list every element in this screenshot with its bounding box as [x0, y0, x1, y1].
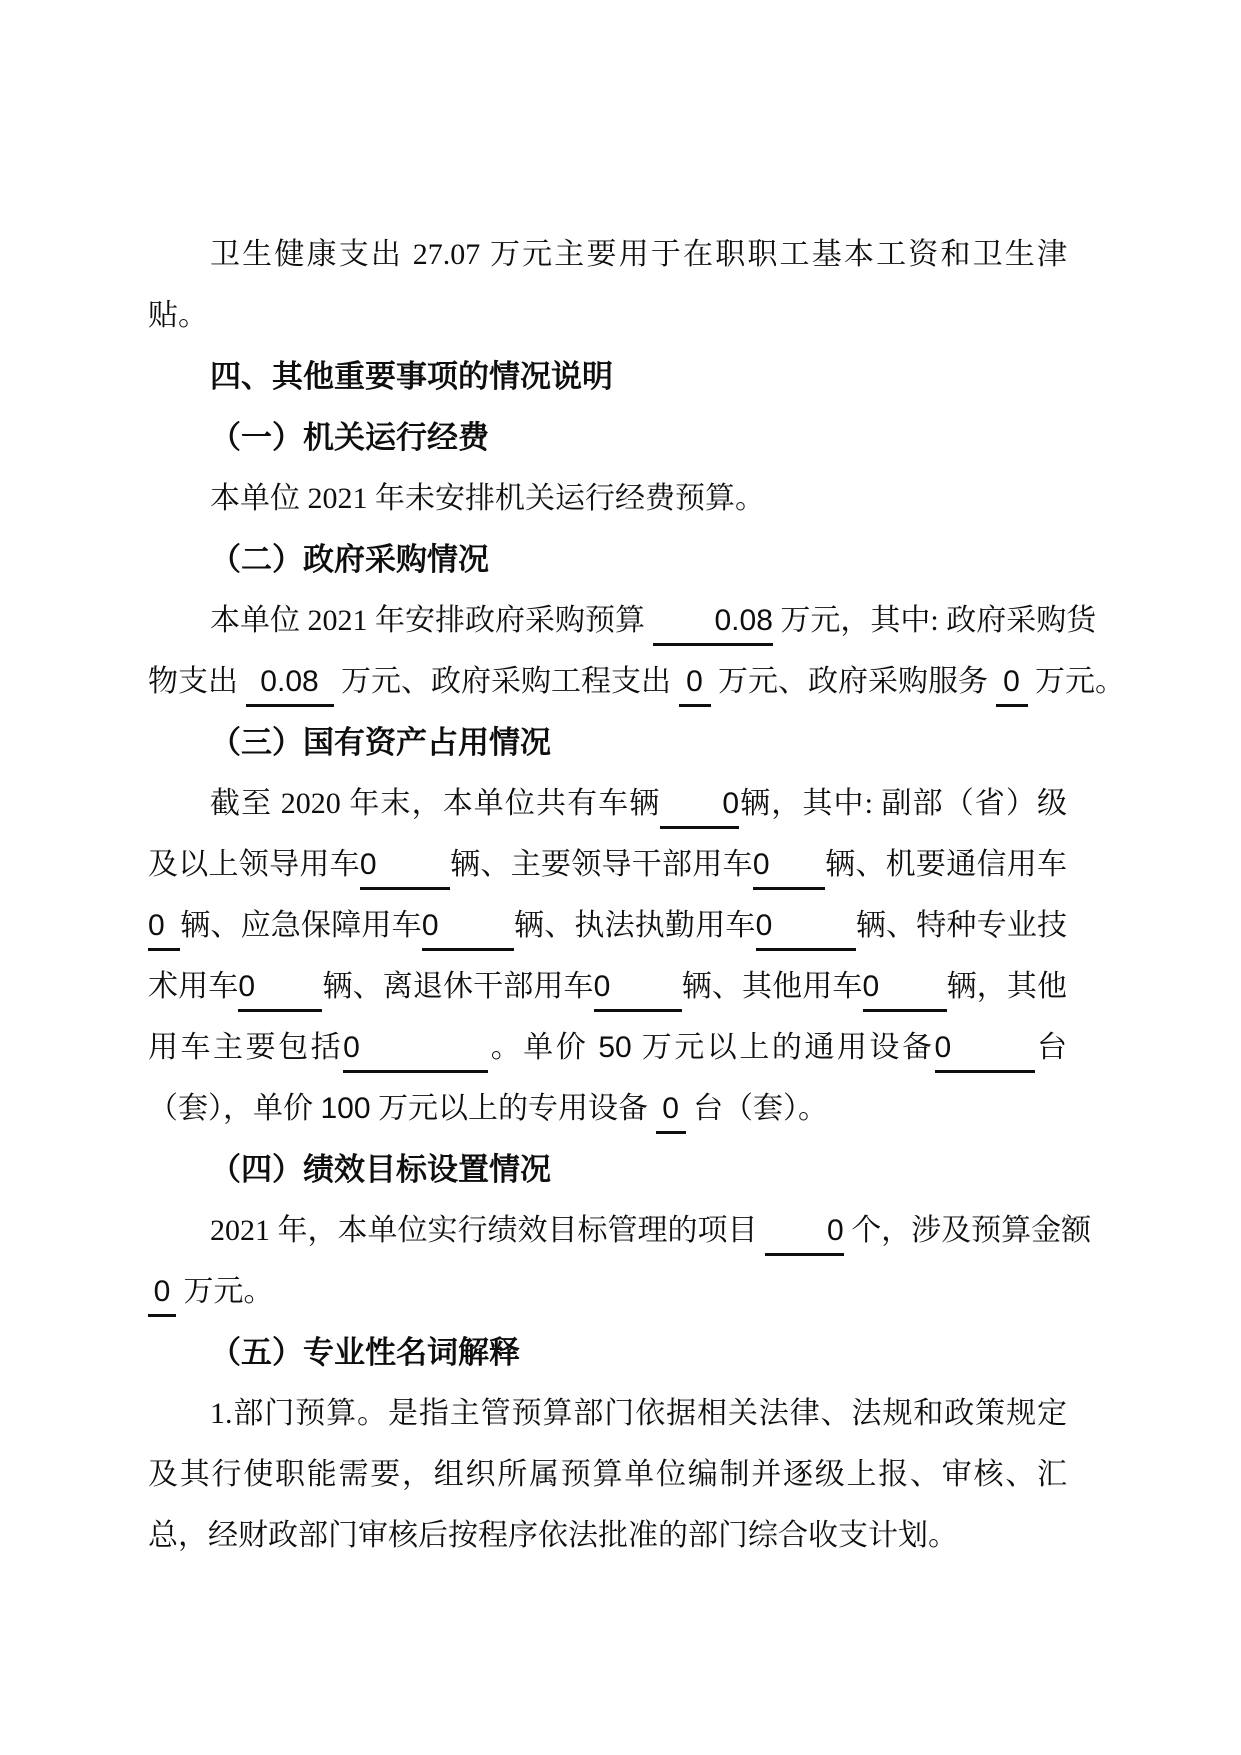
- blank-field-value: 0: [360, 843, 450, 890]
- subsection-heading-5: （五）专业性名词解释: [148, 1322, 1067, 1383]
- section-heading-4: 四、其他重要事项的情况说明: [148, 346, 1067, 407]
- blank-field-value: 0: [343, 1026, 488, 1073]
- text-run: 万元以上的专用设备: [371, 1092, 656, 1125]
- para-glossary-line1: 1.部门预算。是指主管预算部门依据相关法律、法规和政策规定: [148, 1383, 1067, 1444]
- text-run: 万元，其中: 政府采购货: [773, 604, 1096, 637]
- para-health-expenditure-line2: 贴。: [148, 285, 1067, 346]
- text-run: （一）机关运行经费: [210, 420, 489, 455]
- blank-field-value: 0: [148, 1270, 176, 1317]
- text-run: （二）政府采购情况: [210, 542, 489, 577]
- text-run: 用车主要包括: [148, 1031, 343, 1064]
- blank-field-value: 0: [756, 904, 856, 951]
- para-procurement-line1: 本单位 2021 年安排政府采购预算 0.08 万元，其中: 政府采购货: [148, 590, 1067, 651]
- para-performance-line1: 2021 年，本单位实行绩效目标管理的项目 0 个，涉及预算金额: [148, 1200, 1067, 1261]
- para-assets-line5: 用车主要包括0。单价 50 万元以上的通用设备0台: [148, 1017, 1067, 1078]
- para-assets-line2: 及以上领导用车0辆、主要领导干部用车0辆、机要通信用车: [148, 834, 1067, 895]
- text-run: 台: [1035, 1031, 1068, 1064]
- para-operating-funds: 本单位 2021 年未安排机关运行经费预算。: [148, 468, 1067, 529]
- text-run: 50: [598, 1031, 631, 1064]
- text-run: 辆，其中: 副部（省）级: [739, 787, 1067, 820]
- blank-field-value: 0: [656, 1087, 686, 1134]
- blank-field-value: 0: [753, 843, 825, 890]
- subsection-heading-2: （二）政府采购情况: [148, 529, 1067, 590]
- para-glossary-line2: 及其行使职能需要，组织所属预算单位编制并逐级上报、审核、汇: [148, 1444, 1067, 1505]
- text-run: 个，涉及预算金额: [844, 1214, 1092, 1247]
- text-run: 辆、特种专业技: [856, 909, 1067, 942]
- text-run: 万元。: [1028, 665, 1126, 698]
- text-run: 及以上领导用车: [148, 848, 360, 881]
- blank-field-value: 0: [422, 904, 514, 951]
- text-run: 。单价: [488, 1031, 598, 1064]
- document-page: 卫生健康支出 27.07 万元主要用于在职职工基本工资和卫生津贴。四、其他重要事…: [0, 0, 1241, 1755]
- blank-field-value: 0: [238, 965, 322, 1012]
- blank-field-value: 0.08: [653, 599, 773, 646]
- text-run: 辆，其他: [947, 970, 1068, 1003]
- text-run: 及其行使职能需要，组织所属预算单位编制并逐级上报、审核、汇: [148, 1458, 1067, 1491]
- para-assets-line6: （套），单价 100 万元以上的专用设备 0 台（套）。: [148, 1078, 1067, 1139]
- text-run: 万元。: [176, 1275, 274, 1308]
- text-run: 台（套）。: [686, 1092, 829, 1125]
- blank-field-value: 0: [996, 660, 1028, 707]
- para-performance-line2: 0 万元。: [148, 1261, 1067, 1322]
- text-run: 1.部门预算。是指主管预算部门依据相关法律、法规和政策规定: [210, 1397, 1067, 1430]
- text-run: 辆、离退休干部用车: [322, 970, 593, 1003]
- text-run: 总，经财政部门审核后按程序依法批准的部门综合收支计划。: [148, 1519, 958, 1552]
- para-assets-line4: 术用车0辆、离退休干部用车0辆、其他用车0辆，其他: [148, 956, 1067, 1017]
- para-assets-line1: 截至 2020 年末，本单位共有车辆0辆，其中: 副部（省）级: [148, 773, 1067, 834]
- subsection-heading-1: （一）机关运行经费: [148, 407, 1067, 468]
- blank-field-value: 0: [765, 1209, 844, 1256]
- text-run: 万元、政府采购服务: [711, 665, 996, 698]
- text-run: 截至 2020 年末，本单位共有车辆: [210, 787, 660, 820]
- text-run: 辆、机要通信用车: [825, 848, 1067, 881]
- text-run: （四）绩效目标设置情况: [210, 1152, 551, 1187]
- text-run: 万元以上的通用设备: [632, 1031, 935, 1064]
- text-run: 万元、政府采购工程支出: [334, 665, 679, 698]
- blank-field-value: 0.08: [246, 660, 334, 707]
- subsection-heading-3: （三）国有资产占用情况: [148, 712, 1067, 773]
- blank-field-value: 0: [594, 965, 682, 1012]
- text-run: 辆、应急保障用车: [180, 909, 422, 942]
- text-run: 贴。: [148, 299, 208, 332]
- text-run: 100: [321, 1092, 371, 1125]
- text-run: 辆、其他用车: [682, 970, 863, 1003]
- text-run: 辆、执法执勤用车: [514, 909, 756, 942]
- blank-field-value: 0: [679, 660, 711, 707]
- text-run: （五）专业性名词解释: [210, 1335, 520, 1370]
- text-run: （套），单价: [148, 1092, 321, 1125]
- blank-field-value: 0: [660, 782, 739, 829]
- blank-field-value: 0: [863, 965, 947, 1012]
- para-glossary-line3: 总，经财政部门审核后按程序依法批准的部门综合收支计划。: [148, 1505, 1067, 1566]
- text-run: 物支出: [148, 665, 246, 698]
- text-run: 卫生健康支出 27.07 万元主要用于在职职工基本工资和卫生津: [210, 238, 1067, 271]
- text-run: 术用车: [148, 970, 238, 1003]
- text-run: （三）国有资产占用情况: [210, 725, 551, 760]
- subsection-heading-4: （四）绩效目标设置情况: [148, 1139, 1067, 1200]
- text-run: 辆、主要领导干部用车: [450, 848, 753, 881]
- text-run: 本单位 2021 年安排政府采购预算: [210, 604, 653, 637]
- para-assets-line3: 0辆、应急保障用车0辆、执法执勤用车0辆、特种专业技: [148, 895, 1067, 956]
- blank-field-value: 0: [148, 904, 180, 951]
- text-run: 2021 年，本单位实行绩效目标管理的项目: [210, 1214, 765, 1247]
- text-run: 本单位 2021 年未安排机关运行经费预算。: [210, 482, 765, 515]
- text-run: 四、其他重要事项的情况说明: [210, 359, 613, 394]
- para-health-expenditure-line1: 卫生健康支出 27.07 万元主要用于在职职工基本工资和卫生津: [148, 224, 1067, 285]
- document-body: 卫生健康支出 27.07 万元主要用于在职职工基本工资和卫生津贴。四、其他重要事…: [148, 224, 1067, 1566]
- para-procurement-line2: 物支出 0.08 万元、政府采购工程支出 0 万元、政府采购服务 0 万元。: [148, 651, 1067, 712]
- blank-field-value: 0: [935, 1026, 1035, 1073]
